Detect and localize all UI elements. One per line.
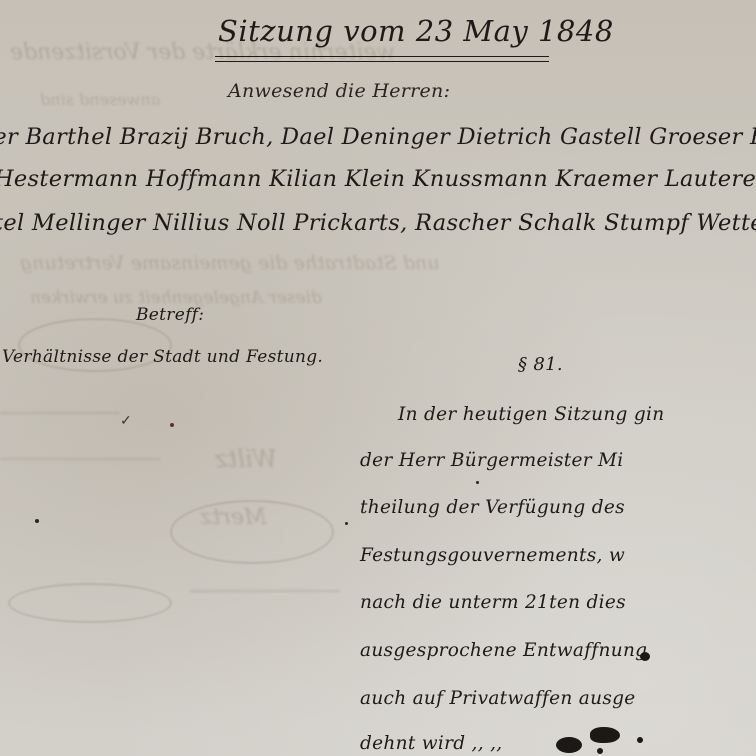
document-title: Sitzung vom 23 May 1848: [218, 14, 614, 48]
body-line: auch auf Privatwaffen ausge: [360, 688, 636, 709]
body-line: In der heutigen Sitzung gin: [398, 404, 664, 425]
title-double-underline: [215, 56, 549, 62]
paragraph-number: § 81.: [518, 354, 563, 375]
ink-blot: [637, 737, 643, 743]
body-line: theilung der Verfügung des: [360, 497, 625, 518]
check-mark-icon: ✓: [120, 413, 132, 429]
bleed-through-flourish: [8, 583, 172, 623]
ink-speck: [170, 423, 174, 427]
attendees-line: Hestermann Hoffmann Kilian Klein Knussma…: [0, 166, 756, 192]
subject-text: Verhältnisse der Stadt und Festung.: [2, 347, 323, 367]
ink-blot: [597, 748, 603, 754]
body-line: dehnt wird ,, ,,: [360, 733, 502, 754]
bleed-through-stroke: [0, 412, 120, 414]
bleed-through-line: anwesend sind: [40, 90, 160, 109]
bleed-through-signature: Wiltz: [215, 445, 277, 473]
ink-speck: [476, 481, 479, 484]
body-line: der Herr Bürgermeister Mi: [360, 450, 624, 471]
ink-blot: [590, 727, 620, 743]
body-line: Festungsgouvernements, w: [360, 545, 625, 566]
attendance-label: Anwesend die Herren:: [228, 80, 450, 102]
body-line: ausgesprochene Entwaffnung: [360, 640, 647, 661]
ink-blot: [556, 737, 582, 753]
bleed-through-flourish: [170, 500, 334, 564]
ink-speck: [35, 519, 39, 523]
bleed-through-line: und Stadtrathe die gemeinsame Vertretung: [20, 252, 439, 274]
ink-blot: [640, 652, 650, 661]
attendees-line: ter Barthel Brazij Bruch, Dael Deninger …: [0, 124, 756, 150]
bleed-through-stroke: [0, 458, 160, 460]
attendees-line: tel Mellinger Nillius Noll Prickarts, Ra…: [0, 210, 756, 236]
ink-speck: [345, 522, 348, 525]
subject-label: Betreff:: [136, 305, 204, 325]
body-line: nach die unterm 21ten dies: [360, 592, 626, 613]
manuscript-page: weiterhin erklärte der Vorsitzende anwes…: [0, 0, 756, 756]
bleed-through-stroke: [190, 590, 340, 592]
